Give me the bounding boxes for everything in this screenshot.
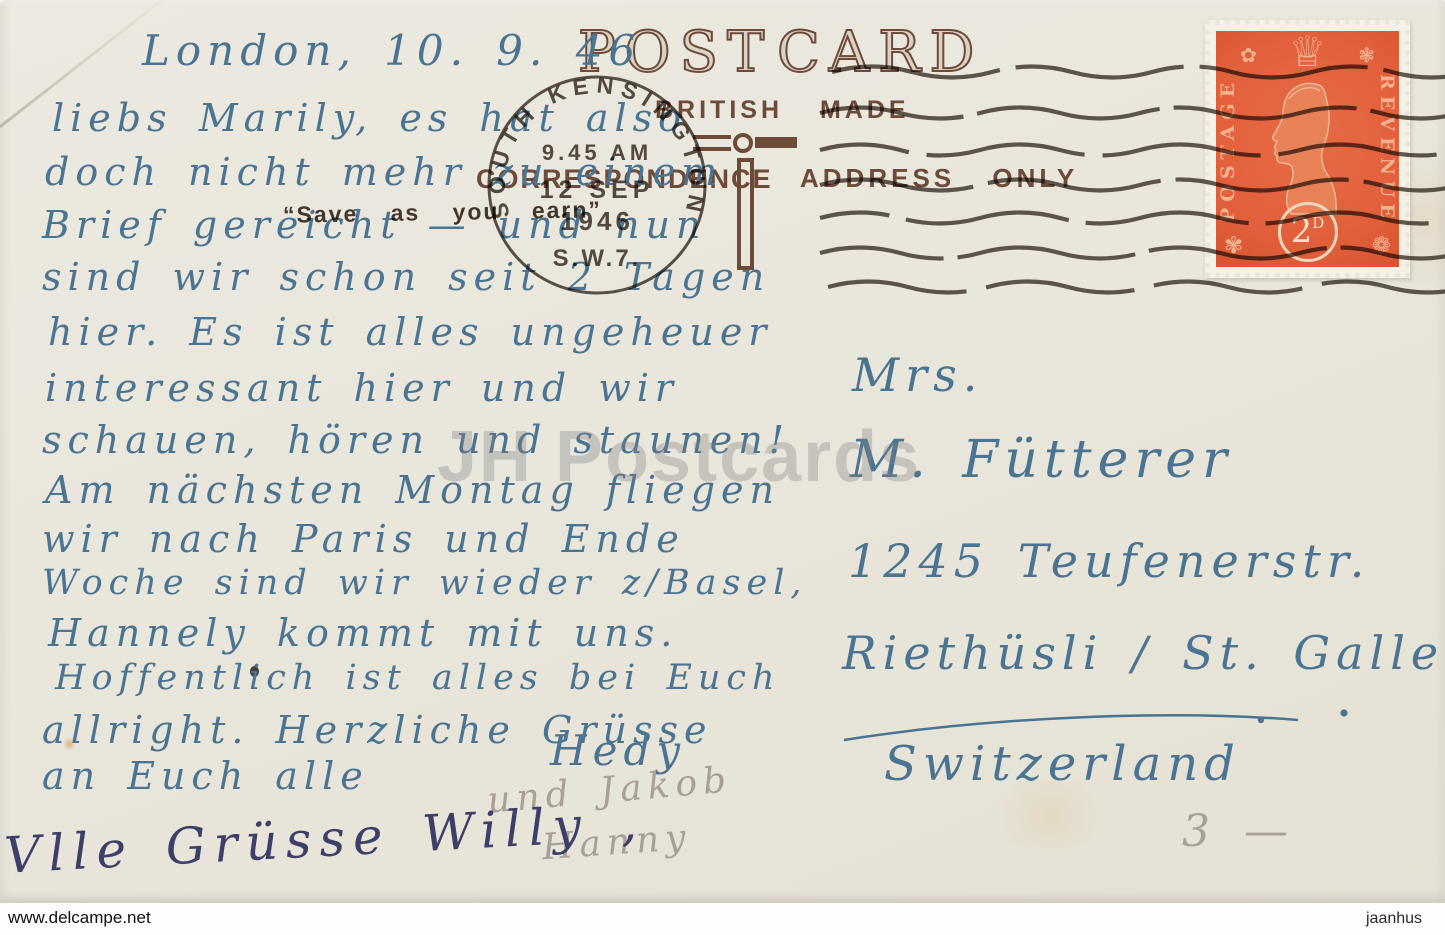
divider-vertical-bar	[737, 158, 754, 270]
address-town: Riethüsli / St. Gallen	[842, 626, 1445, 680]
address-street: 1245 Teufenerstr.	[848, 534, 1370, 588]
signature-willy: Vlle Grüsse Willy ,	[3, 793, 646, 884]
address-country: Switzerland	[884, 736, 1241, 792]
bottom-left-watermark: www.delcampe.net	[8, 908, 151, 928]
postcard-back: POST CARD BRITISH MADE CORRESPONDENCE AD…	[0, 0, 1445, 903]
cancellation-slogan: “Save as you earn”	[283, 196, 602, 229]
postmark-district: S.W.7.	[553, 245, 642, 272]
address-salutation: Mrs.	[852, 348, 983, 402]
divider-ring-ornament	[733, 133, 753, 153]
message-line: Hannely kommt mit uns.	[48, 611, 678, 655]
message-line: interessant hier und wir	[45, 366, 679, 410]
message-line: Woche sind wir wieder z/Basel,	[42, 563, 808, 603]
center-watermark: JH Postcards	[437, 416, 921, 498]
postmark-time: 9.45 AM	[542, 140, 652, 165]
cancellation-wavy-lines	[790, 40, 1445, 310]
message-line: an Euch alle	[42, 754, 369, 798]
message-line: Hoffentlich ist alles bei Euch	[55, 658, 781, 698]
postmark-datestamp: SOUTH KENSINGTON 9.45 AM 12 SEP 1946 S.W…	[480, 68, 716, 308]
bottom-strip: www.delcampe.net jaanhus	[0, 903, 1445, 935]
bottom-right-watermark: jaanhus	[1366, 910, 1422, 928]
message-line: hier. Es ist alles ungeheuer	[48, 310, 772, 354]
message-line: wir nach Paris und Ende	[42, 517, 685, 561]
pencil-price-note: 3 —	[1182, 806, 1294, 857]
